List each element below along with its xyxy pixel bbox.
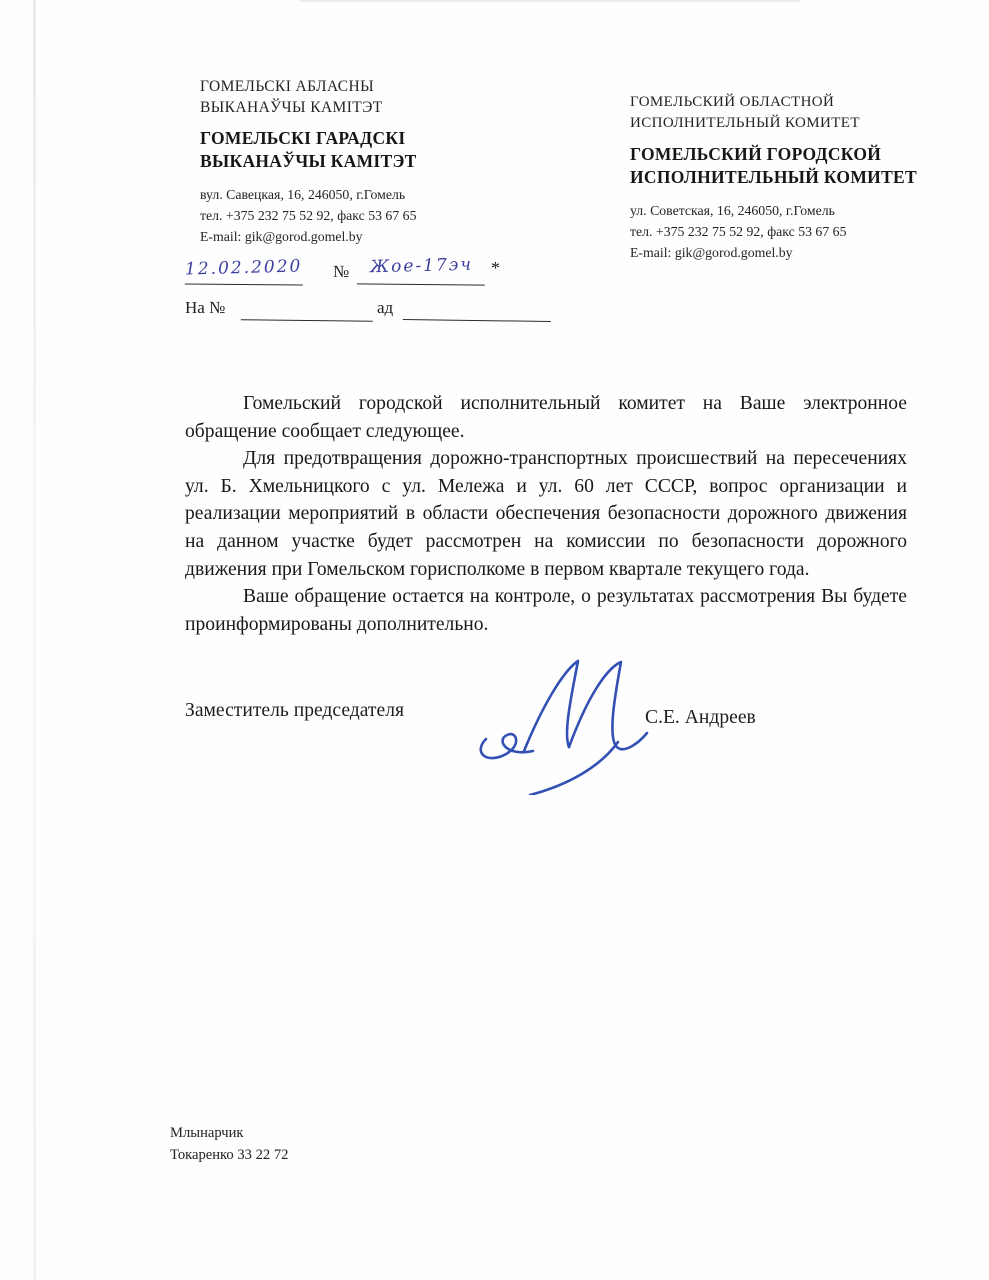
asterisk-mark: * [491,258,500,279]
organization-name-by: ГОМЕЛЬСКІ ГАРАДСКІ ВЫКАНАЎЧЫ КАМІТЭТ [200,127,530,173]
outgoing-line: 12.02.2020 № Жое-17эч * [185,258,605,292]
handwritten-number: Жое-17эч [369,255,472,278]
signer-position: Заместитель председателя [185,700,404,722]
handwritten-signature [470,645,675,795]
scan-edge-artifact [33,0,36,1280]
paragraph-intro: Гомельский городской исполнительный коми… [185,390,907,445]
organization-name-ru: ГОМЕЛЬСКИЙ ГОРОДСКОЙ ИСПОЛНИТЕЛЬНЫЙ КОМИ… [630,143,940,189]
scan-top-artifact [300,0,800,2]
contact-block-ru: ул. Советская, 16, 246050, г.Гомель тел.… [630,200,940,263]
reply-number-field [241,295,373,322]
signature-stroke-tail [530,742,618,795]
reply-to-label: На № [185,298,225,318]
outgoing-number-field: Жое-17эч [357,255,485,285]
signature-stroke-peak1 [524,661,578,751]
address-line-by: вул. Савецкая, 16, 246050, г.Гомель [200,184,530,205]
date-field: 12.02.2020 [185,257,303,285]
parent-organization-name-ru: ГОМЕЛЬСКИЙ ОБЛАСТНОЙ ИСПОЛНИТЕЛЬНЫЙ КОМИ… [630,92,940,134]
phone-line-by: тел. +375 232 75 52 92, факс 53 67 65 [200,205,530,226]
contact-block-by: вул. Савецкая, 16, 246050, г.Гомель тел.… [200,184,530,247]
parent-organization-name-by: ГОМЕЛЬСКІ АБЛАСНЫ ВЫКАНАЎЧЫ КАМІТЭТ [200,76,530,118]
executor-contact: Токаренко 33 22 72 [170,1144,288,1166]
from-field [403,295,551,322]
reference-block: 12.02.2020 № Жое-17эч * На № ад [185,258,605,326]
email-line-by: E-mail: gik@gorod.gomel.by [200,226,530,247]
email-line-ru: E-mail: gik@gorod.gomel.by [630,242,940,263]
paragraph-main: Для предотвращения дорожно-транспортных … [185,445,907,583]
number-sign: № [333,262,349,282]
paragraph-closing: Ваше обращение остается на контроле, о р… [185,583,907,638]
letter-body: Гомельский городской исполнительный коми… [185,390,907,638]
from-label: ад [377,298,393,318]
letterhead-russian: ГОМЕЛЬСКИЙ ОБЛАСТНОЙ ИСПОЛНИТЕЛЬНЫЙ КОМИ… [630,92,940,263]
phone-line-ru: тел. +375 232 75 52 92, факс 53 67 65 [630,221,940,242]
letterhead-belarusian: ГОМЕЛЬСКІ АБЛАСНЫ ВЫКАНАЎЧЫ КАМІТЭТ ГОМЕ… [200,76,530,247]
address-line-ru: ул. Советская, 16, 246050, г.Гомель [630,200,940,221]
executor-footer: Млынарчик Токаренко 33 22 72 [170,1122,288,1166]
incoming-line: На № ад [185,296,605,326]
handwritten-date: 12.02.2020 [185,256,303,279]
scanned-letter-page: ГОМЕЛЬСКІ АБЛАСНЫ ВЫКАНАЎЧЫ КАМІТЭТ ГОМЕ… [0,0,989,1280]
executor-name: Млынарчик [170,1122,288,1144]
signature-stroke-peak2 [569,662,647,749]
